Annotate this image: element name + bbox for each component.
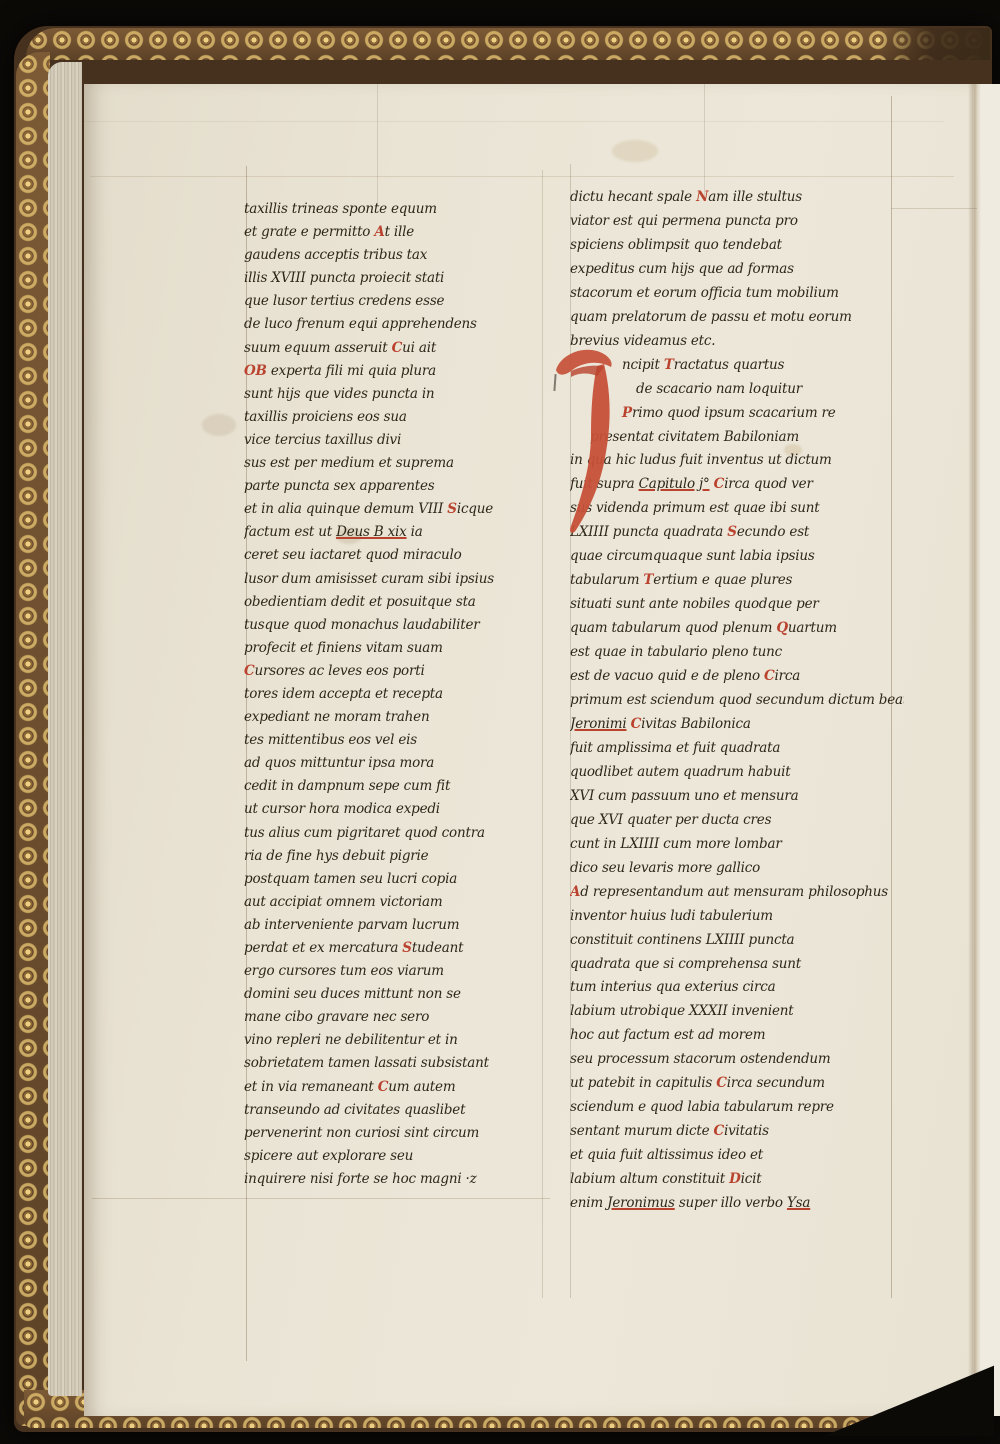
text-line: mane cibo gravare nec sero [244, 1006, 548, 1029]
text-line: sobrietatem tamen lassati subsistant [244, 1052, 548, 1075]
text-line: aut accipiat omnem victoriam [244, 891, 548, 914]
text-line: quae circumquaque sunt labia ipsius [570, 545, 904, 569]
ruling-line-horizontal [92, 1198, 550, 1199]
text-line: que XVI quater per ducta cres [570, 809, 904, 833]
text-line: et in alia quinque demum VIII Sicque [244, 498, 548, 521]
text-line: viator est qui permena puncta pro [570, 210, 904, 234]
text-line: de scacario nam loquitur [570, 378, 904, 402]
text-line: ceret seu iactaret quod miraculo [244, 544, 548, 567]
text-line: situati sunt ante nobiles quodque per [570, 593, 904, 617]
gold-tooling-top-edge [26, 28, 990, 60]
text-line: seu processum stacorum ostendendum [570, 1048, 904, 1072]
text-line: sunt hijs que vides puncta in [244, 383, 548, 406]
text-line: taxillis proiciens eos sua [244, 406, 548, 429]
text-line: presentat civitatem Babiloniam [570, 426, 904, 450]
text-line: tusque quod monachus laudabiliter [244, 614, 548, 637]
text-line: sus est per medium et suprema [244, 452, 548, 475]
text-line: quam prelatorum de passu et motu eorum [570, 306, 904, 330]
text-line: est quae in tabulario pleno tunc [570, 641, 904, 665]
text-column-right: dictu hecant spale Nam ille stultusviato… [570, 186, 904, 1216]
foxing-stain [202, 414, 236, 436]
text-line: spiciens oblimpsit quo tendebat [570, 234, 904, 258]
text-line: quadrata que si comprehensa sunt [570, 953, 904, 977]
book-binding: taxillis trineas sponte equumet grate e … [14, 26, 992, 1432]
text-line: dictu hecant spale Nam ille stultus [570, 186, 904, 210]
text-line: enim Jeronimus super illo verbo Ysa [570, 1192, 904, 1216]
text-line: tus alius cum pigritaret quod contra [244, 822, 548, 845]
text-line: Ad representandum aut mensuram philosoph… [570, 881, 904, 905]
text-line: XVI cum passuum uno et mensura [570, 785, 904, 809]
text-line: expeditus cum hijs que ad formas [570, 258, 904, 282]
text-line: vino repleri ne debilitentur et in [244, 1029, 548, 1052]
gold-tooling-left-edge [16, 52, 50, 1426]
text-line: ut cursor hora modica expedi [244, 798, 548, 821]
page-fold-crease [968, 84, 977, 1416]
text-line: que lusor tertius credens esse [244, 290, 548, 313]
text-line: expediant ne moram trahen [244, 706, 548, 729]
manuscript-page: taxillis trineas sponte equumet grate e … [84, 84, 1000, 1416]
text-line: labium altum constituit Dicit [570, 1168, 904, 1192]
text-line: labium utrobique XXXII invenient [570, 1000, 904, 1024]
text-line: postquam tamen seu lucri copia [244, 868, 548, 891]
text-line: ergo cursores tum eos viarum [244, 960, 548, 983]
text-line: sentant murum dicte Civitatis [570, 1120, 904, 1144]
text-line: tores idem accepta et recepta [244, 683, 548, 706]
text-line: suum equum asseruit Cui ait [244, 337, 548, 360]
text-line: quam tabularum quod plenum Quartum [570, 617, 904, 641]
text-line: stacorum et eorum officia tum mobilium [570, 282, 904, 306]
under-sheet-edge [84, 121, 944, 122]
text-line: hoc aut factum est ad morem [570, 1024, 904, 1048]
text-line: transeundo ad civitates quaslibet [244, 1099, 548, 1122]
parchment-crease [377, 84, 378, 206]
text-line: et in via remaneant Cum autem [244, 1076, 548, 1099]
text-line: quodlibet autem quadrum habuit [570, 761, 904, 785]
text-line: taxillis trineas sponte equum [244, 198, 548, 221]
text-line: Cursores ac leves eos porti [244, 660, 548, 683]
text-column-left: taxillis trineas sponte equumet grate e … [244, 198, 548, 1191]
text-line: perdat et ex mercatura Studeant [244, 937, 548, 960]
text-line: cunt in LXIIII cum more lombar [570, 833, 904, 857]
rubricated-drop-initial-I [546, 346, 620, 542]
parchment-crease [704, 84, 705, 199]
text-line: ad quos mittuntur ipsa mora [244, 752, 548, 775]
text-line: et quia fuit altissimus ideo et [570, 1144, 904, 1168]
text-line: constituit continens LXIIII puncta [570, 929, 904, 953]
text-line: est de vacuo quid e de pleno Circa [570, 665, 904, 689]
photo-backdrop: taxillis trineas sponte equumet grate e … [0, 0, 1000, 1444]
text-line: gaudens acceptis tribus tax [244, 244, 548, 267]
text-line: factum est ut Deus B xix ia [244, 521, 548, 544]
text-line: obedientiam dedit et posuitque sta [244, 591, 548, 614]
foxing-stain [612, 140, 658, 162]
text-line: OB experta fili mi quia plura [244, 360, 548, 383]
text-line: ria de fine hys debuit pigrie [244, 845, 548, 868]
text-line: et grate e permitto At ille [244, 221, 548, 244]
text-line: tes mittentibus eos vel eis [244, 729, 548, 752]
text-line: parte puncta sex apparentes [244, 475, 548, 498]
text-line: in qua hic ludus fuit inventus ut dictum [570, 449, 904, 473]
text-line: fuit supra Capitulo j° Circa quod ver [570, 473, 904, 497]
text-line: de luco frenum equi apprehendens [244, 313, 548, 336]
text-line: profecit et finiens vitam suam [244, 637, 548, 660]
text-line: domini seu duces mittunt non se [244, 983, 548, 1006]
text-line: inventor huius ludi tabulerium [570, 905, 904, 929]
text-line: Jeronimi Civitas Babilonica [570, 713, 904, 737]
text-line: fuit amplissima et fuit quadrata [570, 737, 904, 761]
text-line: ab interveniente parvam lucrum [244, 914, 548, 937]
text-line: sus videnda primum est quae ibi sunt [570, 497, 904, 521]
text-line: cedit in dampnum sepe cum fit [244, 775, 548, 798]
text-line: illis XVIII puncta proiecit stati [244, 267, 548, 290]
text-line: vice tercius taxillus divi [244, 429, 548, 452]
text-line: brevius videamus etc. [570, 330, 904, 354]
text-line: pervenerint non curiosi sint circum [244, 1122, 548, 1145]
text-line: Primo quod ipsum scacarium re [570, 402, 904, 426]
text-line: inquirere nisi forte se hoc magni ·z [244, 1168, 548, 1191]
text-line: tum interius qua exterius circa [570, 976, 904, 1000]
text-line: LXIIII puncta quadrata Secundo est [570, 521, 904, 545]
top-sheet-edge [90, 176, 954, 177]
text-line: dico seu levaris more gallico [570, 857, 904, 881]
text-line: ut patebit in capitulis Circa secundum [570, 1072, 904, 1096]
page-stack-edges [48, 62, 82, 1396]
text-line: tabularum Tertium e quae plures [570, 569, 904, 593]
text-line: lusor dum amisisset curam sibi ipsius [244, 568, 548, 591]
text-line: spicere aut explorare seu [244, 1145, 548, 1168]
fore-edge-page-curve [974, 84, 1000, 1416]
text-line: ncipit Tractatus quartus [570, 354, 904, 378]
text-line: sciendum e quod labia tabularum repre [570, 1096, 904, 1120]
text-line: primum est sciendum quod secundum dictum… [570, 689, 904, 713]
